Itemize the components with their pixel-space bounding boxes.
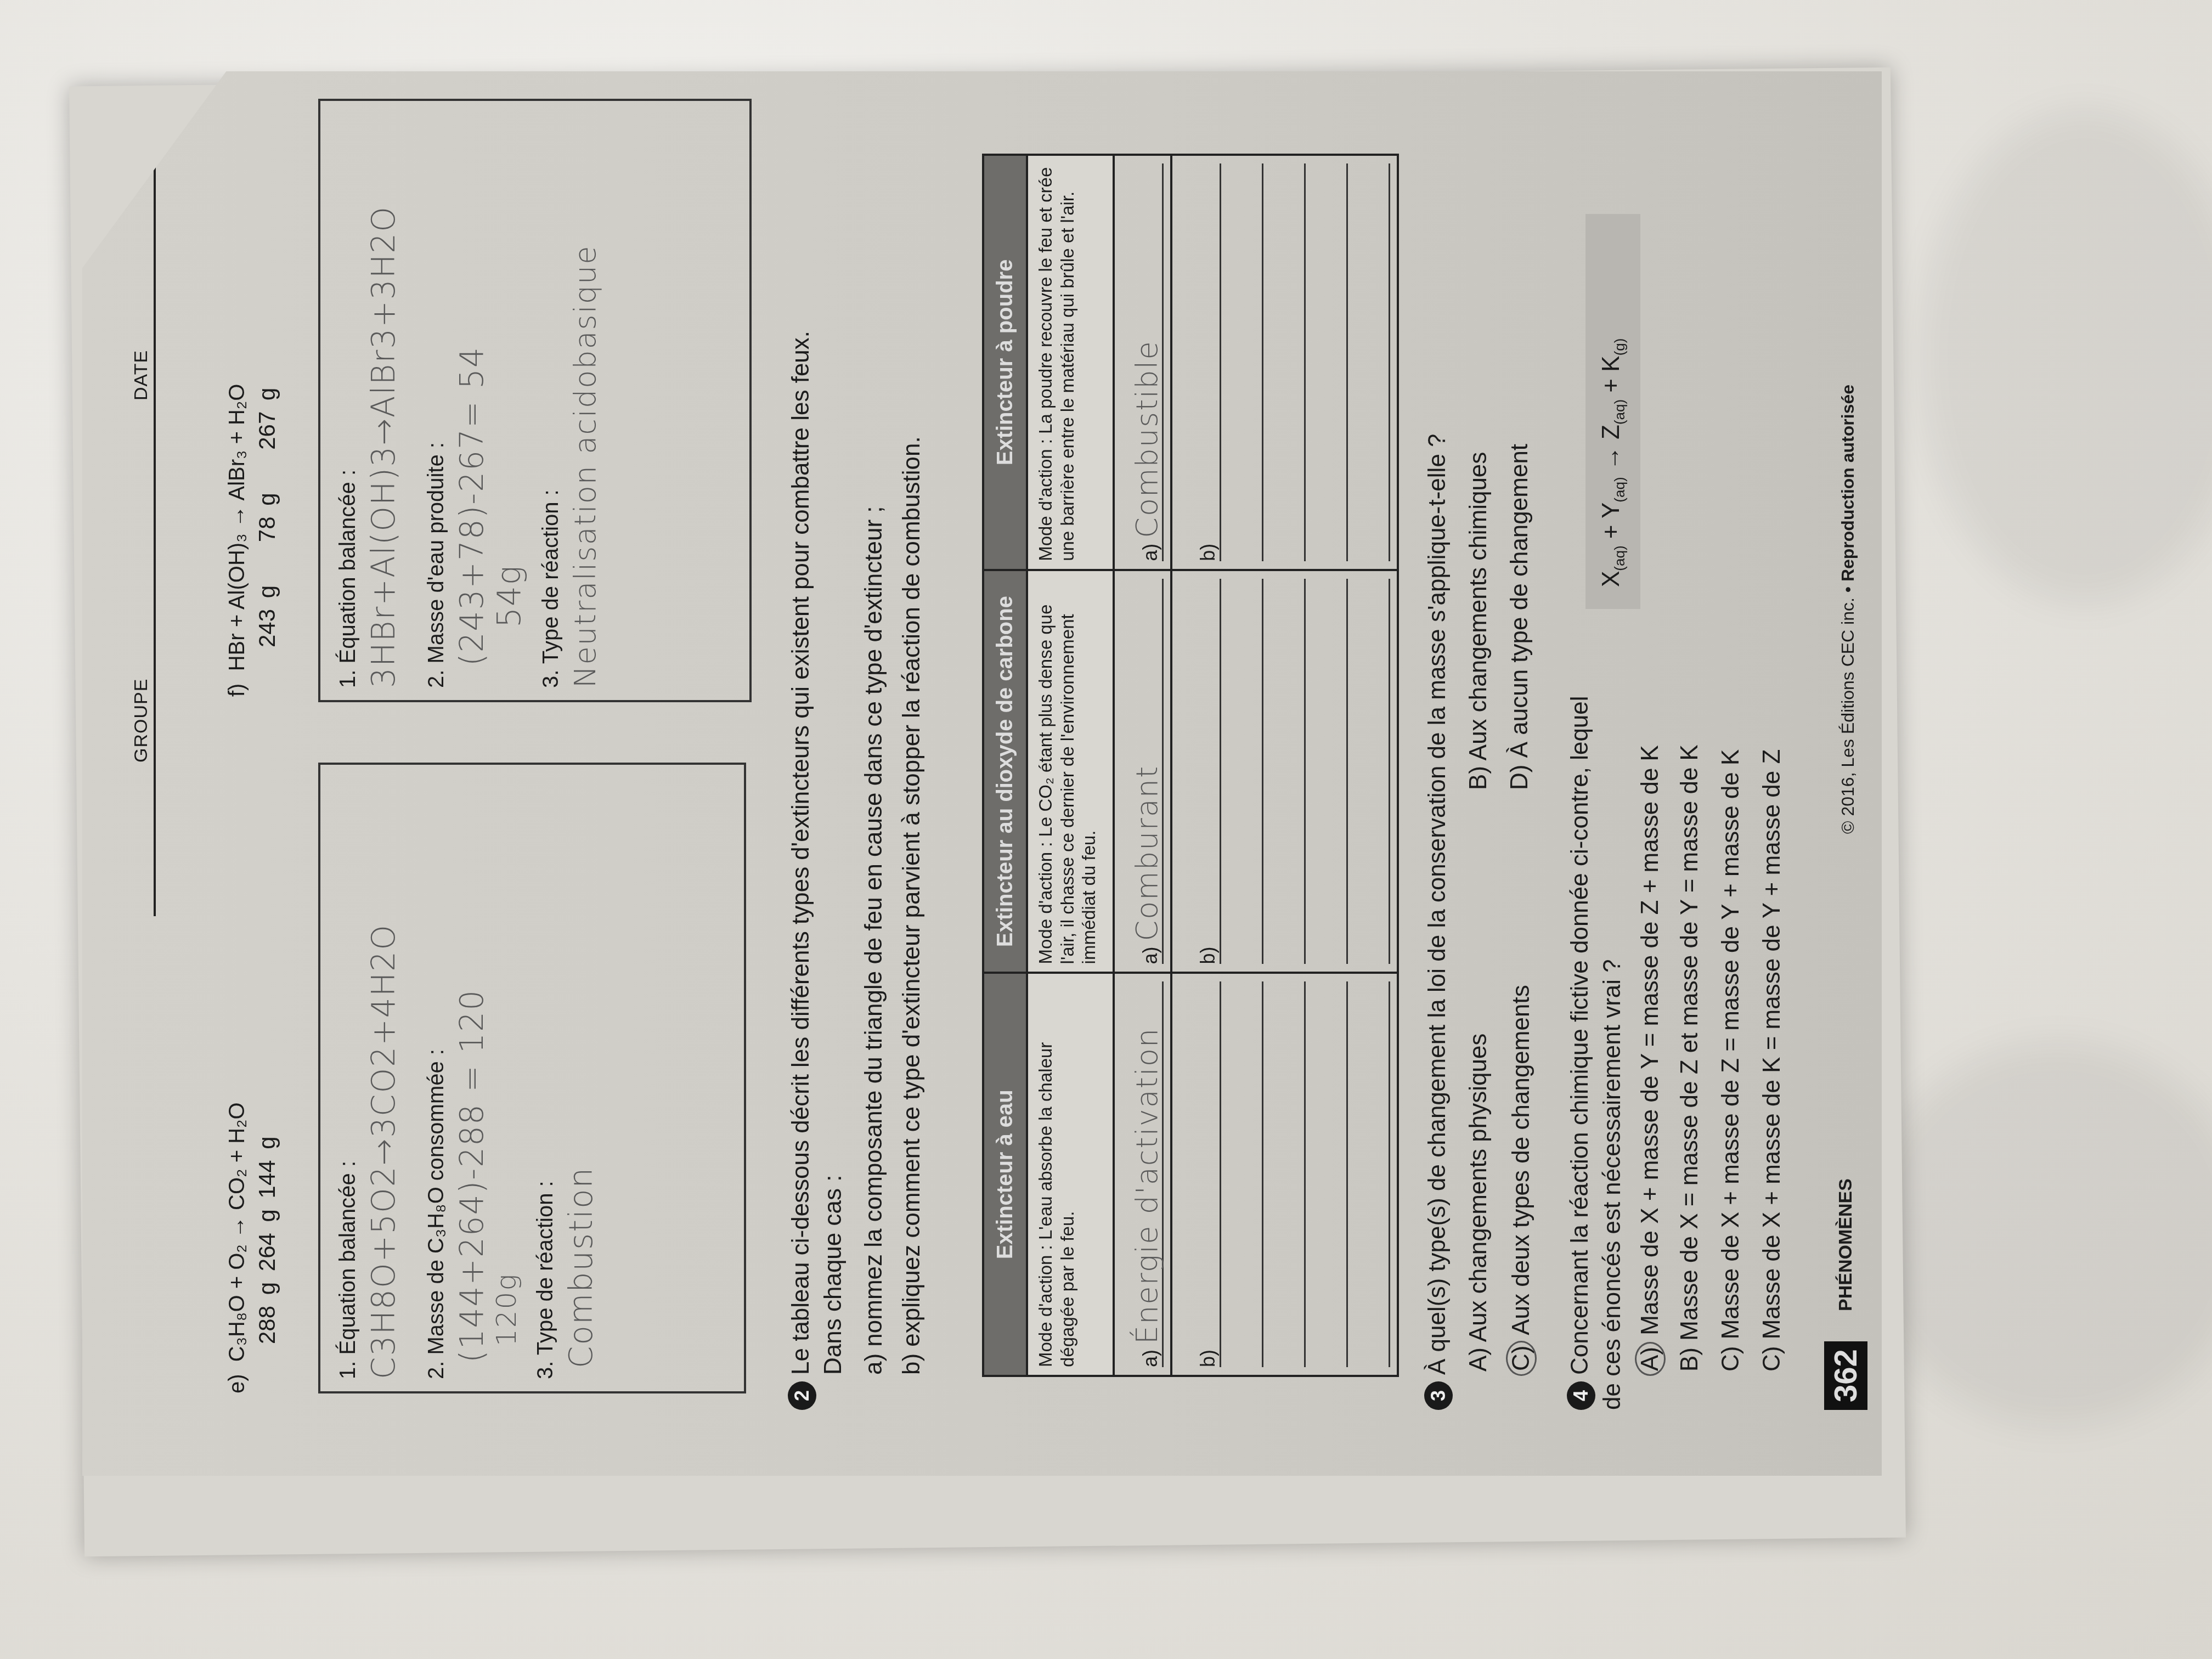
section-name: PHÉNOMÈNES: [1835, 1178, 1857, 1311]
exercise-f-q2: 2. Masse d'eau produite :: [424, 113, 449, 688]
worksheet-page: GROUPE DATE e) C₃H₈O + O₂ → CO₂ + H₂O 28…: [82, 71, 1882, 1476]
answer-line[interactable]: [1221, 579, 1263, 964]
exercise-f-label: f): [225, 684, 249, 697]
q4-option-c[interactable]: C) Masse de X + masse de Z = masse de Y …: [1717, 749, 1745, 1372]
answer-cell-water: a)Énergie d'activation: [1114, 973, 1171, 1376]
q3-option-a-text: Aux changements physiques: [1465, 1034, 1492, 1342]
exercise-f-a2-line2[interactable]: 54g: [490, 113, 528, 628]
exercise-e: e) C₃H₈O + O₂ → CO₂ + H₂O 288 g 264 g 14…: [225, 790, 280, 1393]
exercise-e-q1: 1. Équation balancée :: [336, 777, 360, 1379]
answer-a-powder[interactable]: a)Combustible: [1121, 163, 1164, 561]
q4-option-b[interactable]: B) Masse de X = masse de Z et masse de Y…: [1676, 744, 1703, 1372]
q3-option-d-text: À aucun type de changement: [1506, 444, 1533, 758]
exercise-f-answer-box: 1. Équation balancée : 3HBr+Al(OH)3→AlBr…: [318, 99, 752, 702]
answer-cell-powder: a)Combustible: [1114, 155, 1171, 570]
date-label: DATE: [131, 350, 152, 400]
question-2: 2Le tableau ci-dessous décrit les différ…: [785, 121, 928, 1410]
copyright-text: © 2016, Les Éditions CEC inc. •: [1838, 582, 1858, 834]
answer-line[interactable]: [1263, 579, 1306, 964]
exercise-e-equation: C₃H₈O + O₂ → CO₂ + H₂O: [225, 1102, 249, 1362]
question-2-intro: Le tableau ci-dessous décrit les différe…: [787, 331, 814, 1375]
q3-option-b-letter: B): [1465, 766, 1492, 790]
header-water: Extincteur à eau: [983, 973, 1027, 1376]
fabric-fold: [1920, 110, 2212, 603]
question-3: 3À quel(s) type(s) de changement la loi …: [1421, 121, 1453, 1410]
page-number: 362: [1824, 1341, 1867, 1410]
answer-line[interactable]: [1348, 579, 1390, 964]
exercise-f-q3: 3. Type de réaction :: [539, 113, 563, 688]
exercise-e-q3: 3. Type de réaction :: [533, 777, 558, 1379]
label-a: a): [1139, 544, 1162, 561]
exercise-e-label: e): [225, 1374, 249, 1393]
answer-circle: C): [1506, 1341, 1537, 1376]
q4-option-a[interactable]: A) Masse de X + masse de Y = masse de Z …: [1635, 745, 1666, 1372]
answer-cell-co2: a)Comburant: [1114, 570, 1171, 973]
question-2-part-a: a) nommez la composante du triangle de f…: [857, 121, 890, 1375]
answer-line[interactable]: [1221, 981, 1263, 1367]
question-2-intro2: Dans chaque cas :: [817, 121, 849, 1375]
exercise-e-a2-line2[interactable]: 120g: [490, 777, 522, 1346]
question-3-number: 3: [1424, 1381, 1453, 1410]
exercise-e-masses: 288 g 264 g 144 g: [254, 790, 280, 1344]
answer-line[interactable]: [1348, 163, 1390, 561]
exercise-e-answer-box: 1. Équation balancée : C3H8O+5O2→3CO2+4H…: [318, 763, 746, 1393]
reproduction-notice: Reproduction autorisée: [1838, 385, 1858, 582]
q4-option-b-letter: B): [1676, 1347, 1703, 1372]
q3-option-a-letter: A): [1465, 1347, 1492, 1372]
question-4: 4Concernant la réaction chimique fictive…: [1564, 669, 1629, 1410]
q3-option-a[interactable]: A) Aux changements physiques: [1465, 1034, 1492, 1372]
question-4-number: 4: [1567, 1381, 1595, 1410]
answer-line[interactable]: [1263, 981, 1306, 1367]
answer-a-co2-text: Comburant: [1132, 765, 1162, 941]
desc-water: Mode d'action : L'eau absorbe la chaleur…: [1027, 973, 1114, 1376]
desc-powder: Mode d'action : La poudre recouvre le fe…: [1027, 155, 1114, 570]
answer-b-co2[interactable]: b): [1179, 579, 1221, 964]
answer-a-water[interactable]: a)Énergie d'activation: [1121, 981, 1164, 1367]
label-b: b): [1197, 544, 1220, 561]
question-3-text: À quel(s) type(s) de changement la loi d…: [1424, 433, 1451, 1375]
q3-option-c[interactable]: C) Aux deux types de changements: [1506, 985, 1537, 1372]
answer-b-cell-water: b): [1171, 973, 1398, 1376]
answer-line[interactable]: [1263, 163, 1306, 561]
reaction-equation-box: X(aq) + Y(aq) → Z(aq) + K(g) X(aq) + Y(a…: [1585, 214, 1640, 609]
q4-option-d[interactable]: C) Masse de X + masse de K = masse de Y …: [1758, 749, 1786, 1372]
answer-a-water-text: Énergie d'activation: [1132, 1028, 1162, 1344]
answer-b-powder[interactable]: b): [1179, 163, 1221, 561]
q4-option-c-text: Masse de X + masse de Z = masse de Y + m…: [1717, 749, 1744, 1340]
label-a: a): [1139, 1350, 1162, 1367]
exercise-f-a3[interactable]: Neutralisation acidobasique: [568, 113, 602, 688]
q4-option-d-text: Masse de X + masse de K = masse de Y + m…: [1758, 749, 1785, 1340]
q4-option-c-letter: C): [1717, 1346, 1744, 1372]
groupe-label: GROUPE: [131, 679, 152, 763]
exercise-e-q2: 2. Masse de C₃H₈O consommée :: [424, 777, 449, 1379]
q3-option-c-text: Aux deux types de changements: [1508, 985, 1534, 1335]
exercise-e-a1[interactable]: C3H8O+5O2→3CO2+4H2O: [365, 777, 402, 1379]
answer-line[interactable]: [1221, 163, 1263, 561]
answer-a-co2[interactable]: a)Comburant: [1121, 579, 1164, 964]
exercise-e-a2-line1[interactable]: (144+264)-288 = 120: [453, 777, 490, 1363]
answer-b-cell-co2: b): [1171, 570, 1398, 973]
label-b: b): [1197, 1350, 1220, 1367]
q4-option-a-text: Masse de X + masse de Y = masse de Z + m…: [1637, 745, 1663, 1335]
fabric-fold: [1865, 1042, 2212, 1426]
question-2-part-b: b) expliquez comment ce type d'extincteu…: [895, 121, 928, 1375]
exercise-f-q1: 1. Équation balancée :: [336, 113, 360, 688]
q4-option-b-text: Masse de X = masse de Z et masse de Y = …: [1676, 744, 1703, 1341]
header-rule: [154, 104, 156, 916]
answer-b-water[interactable]: b): [1179, 981, 1221, 1367]
exercise-e-a3[interactable]: Combustion: [562, 777, 600, 1368]
exercise-f-a1[interactable]: 3HBr+Al(OH)3→AlBr3+3H2O: [365, 113, 402, 688]
label-a: a): [1139, 946, 1162, 964]
header-powder: Extincteur à poudre: [983, 155, 1027, 570]
exercise-f-a2-line1[interactable]: (243+78)-267= 54: [453, 113, 490, 666]
answer-circle: A): [1635, 1342, 1666, 1376]
q3-option-d-letter: D): [1506, 765, 1533, 790]
exercise-f: f) HBr + Al(OH)₃ → AlBr₃ + H₂O 243 g 78 …: [225, 93, 280, 697]
q3-option-b[interactable]: B) Aux changements chimiques: [1465, 452, 1492, 790]
answer-line[interactable]: [1306, 163, 1348, 561]
q3-option-b-text: Aux changements chimiques: [1465, 452, 1492, 761]
exercise-f-masses: 243 g 78 g 267 g: [254, 93, 280, 647]
question-4-text: Concernant la réaction chimique fictive …: [1566, 696, 1626, 1410]
desc-co2: Mode d'action : Le CO₂ étant plus dense …: [1027, 570, 1114, 973]
answer-line[interactable]: [1306, 579, 1348, 964]
answer-b-cell-powder: b): [1171, 155, 1398, 570]
header-co2: Extincteur au dioxyde de carbone: [983, 570, 1027, 973]
q4-option-d-letter: C): [1758, 1346, 1785, 1372]
copyright: © 2016, Les Éditions CEC inc. • Reproduc…: [1838, 385, 1858, 834]
answer-line[interactable]: [1306, 981, 1348, 1367]
extinguisher-table: Extincteur à eau Extincteur au dioxyde d…: [982, 154, 1399, 1377]
answer-a-powder-text: Combustible: [1132, 340, 1162, 538]
exercise-f-equation: HBr + Al(OH)₃ → AlBr₃ + H₂O: [225, 384, 249, 672]
answer-line[interactable]: [1348, 981, 1390, 1367]
q3-option-d[interactable]: D) À aucun type de changement: [1506, 444, 1533, 790]
label-b: b): [1197, 946, 1220, 964]
question-2-number: 2: [788, 1381, 816, 1410]
